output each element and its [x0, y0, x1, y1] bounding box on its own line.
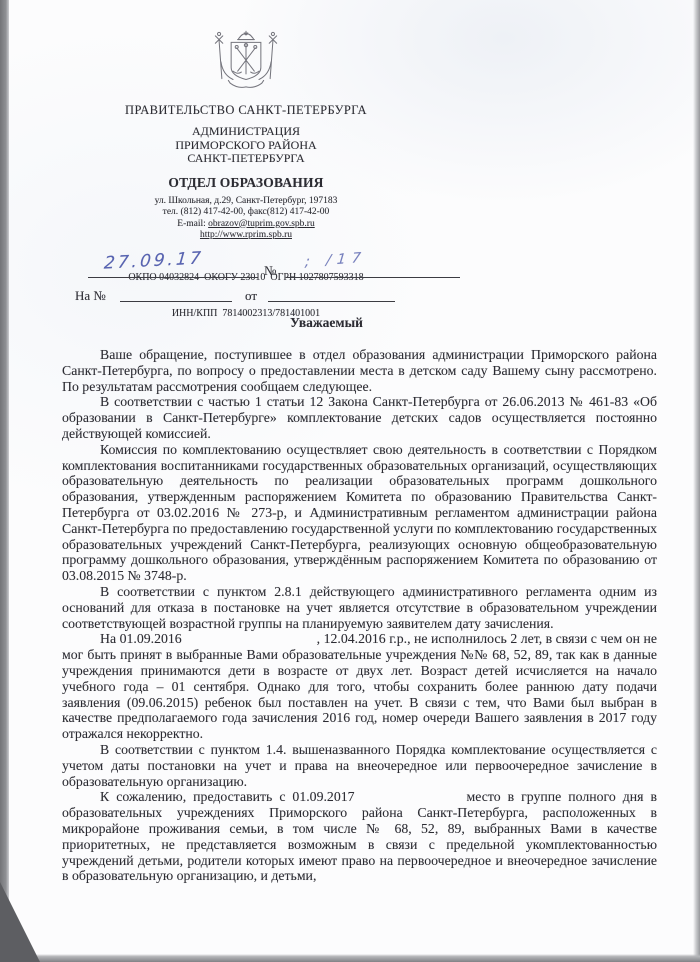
paragraph: В соответствии с частью 1 статьи 12 Зако… [62, 394, 657, 441]
administration-line: САНКТ-ПЕТЕРБУРГА [70, 152, 422, 166]
address-line: ул. Школьная, д.29, Санкт-Петербург, 197… [70, 196, 422, 208]
administration-line: ПРИМОРСКОГО РАЙОНА [70, 139, 422, 153]
phone-line: тел. (812) 417-42-00, факс(812) 417-42-0… [70, 207, 422, 219]
government-title: ПРАВИТЕЛЬСТВО САНКТ-ПЕТЕРБУРГА [70, 103, 422, 118]
scan-edge-bottom [0, 954, 700, 962]
scan-edge-right [693, 0, 700, 962]
reply-number-underline [120, 301, 232, 302]
website-link: http://www.rprim.spb.ru [70, 230, 422, 242]
redacted-name-gap [182, 642, 317, 643]
scanned-letter: ПРАВИТЕЛЬСТВО САНКТ-ПЕТЕРБУРГА АДМИНИСТР… [0, 0, 700, 962]
date-underline [88, 277, 258, 278]
spb-coat-of-arms-icon [70, 24, 422, 101]
number-sign: № [264, 263, 276, 279]
department-title: ОТДЕЛ ОБРАЗОВАНИЯ [70, 175, 422, 191]
salutation: Уважаемый [29, 315, 624, 331]
paragraph: Ваше обращение, поступившее в отдел обра… [62, 347, 657, 394]
paper-sheet: ПРАВИТЕЛЬСТВО САНКТ-ПЕТЕРБУРГА АДМИНИСТР… [0, 0, 700, 962]
paragraph: К сожалению, предоставить с 01.09.2017ме… [62, 789, 657, 884]
reply-date-underline [268, 301, 395, 302]
paragraph: Комиссия по комплектованию осуществляет … [62, 442, 657, 584]
reply-number-label: На № [75, 288, 106, 304]
body-paragraphs: Ваше обращение, поступившее в отдел обра… [62, 347, 657, 884]
scan-edge-left [0, 0, 9, 962]
paragraph: В соответствии с пунктом 1.4. вышеназван… [62, 742, 657, 789]
administration-line: АДМИНИСТРАЦИЯ [70, 125, 422, 139]
paragraph: На 01.09.2016, 12.04.2016 г.р., не испол… [62, 631, 657, 742]
reply-from-label: от [245, 288, 257, 304]
number-underline [286, 277, 460, 278]
paragraph: В соответствии с пунктом 2.8.1 действующ… [62, 584, 657, 631]
redacted-name-gap [355, 800, 467, 801]
email-label: E-mail: [177, 219, 208, 229]
email-address: obrazov@tuprim.gov.spb.ru [208, 219, 315, 229]
email-line: E-mail: obrazov@tuprim.gov.spb.ru [70, 219, 422, 231]
